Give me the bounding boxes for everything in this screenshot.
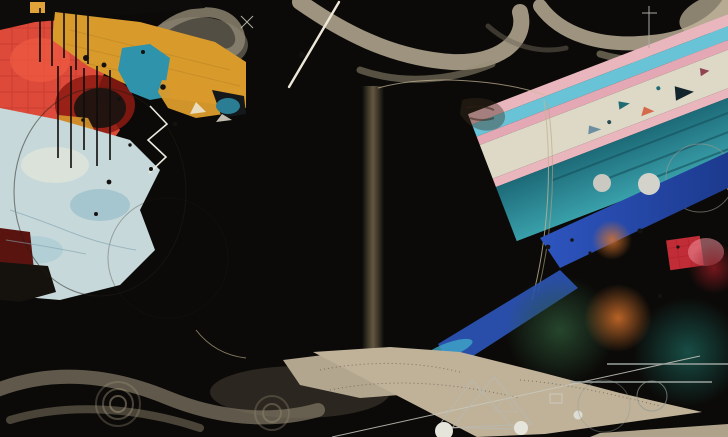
grey-circle-2	[638, 173, 660, 195]
book-gutter-shadow	[362, 86, 384, 392]
collage-artwork	[0, 0, 728, 437]
collage-canvas	[0, 0, 728, 437]
grey-circle-1	[593, 174, 611, 192]
white-circle-2	[514, 421, 528, 435]
